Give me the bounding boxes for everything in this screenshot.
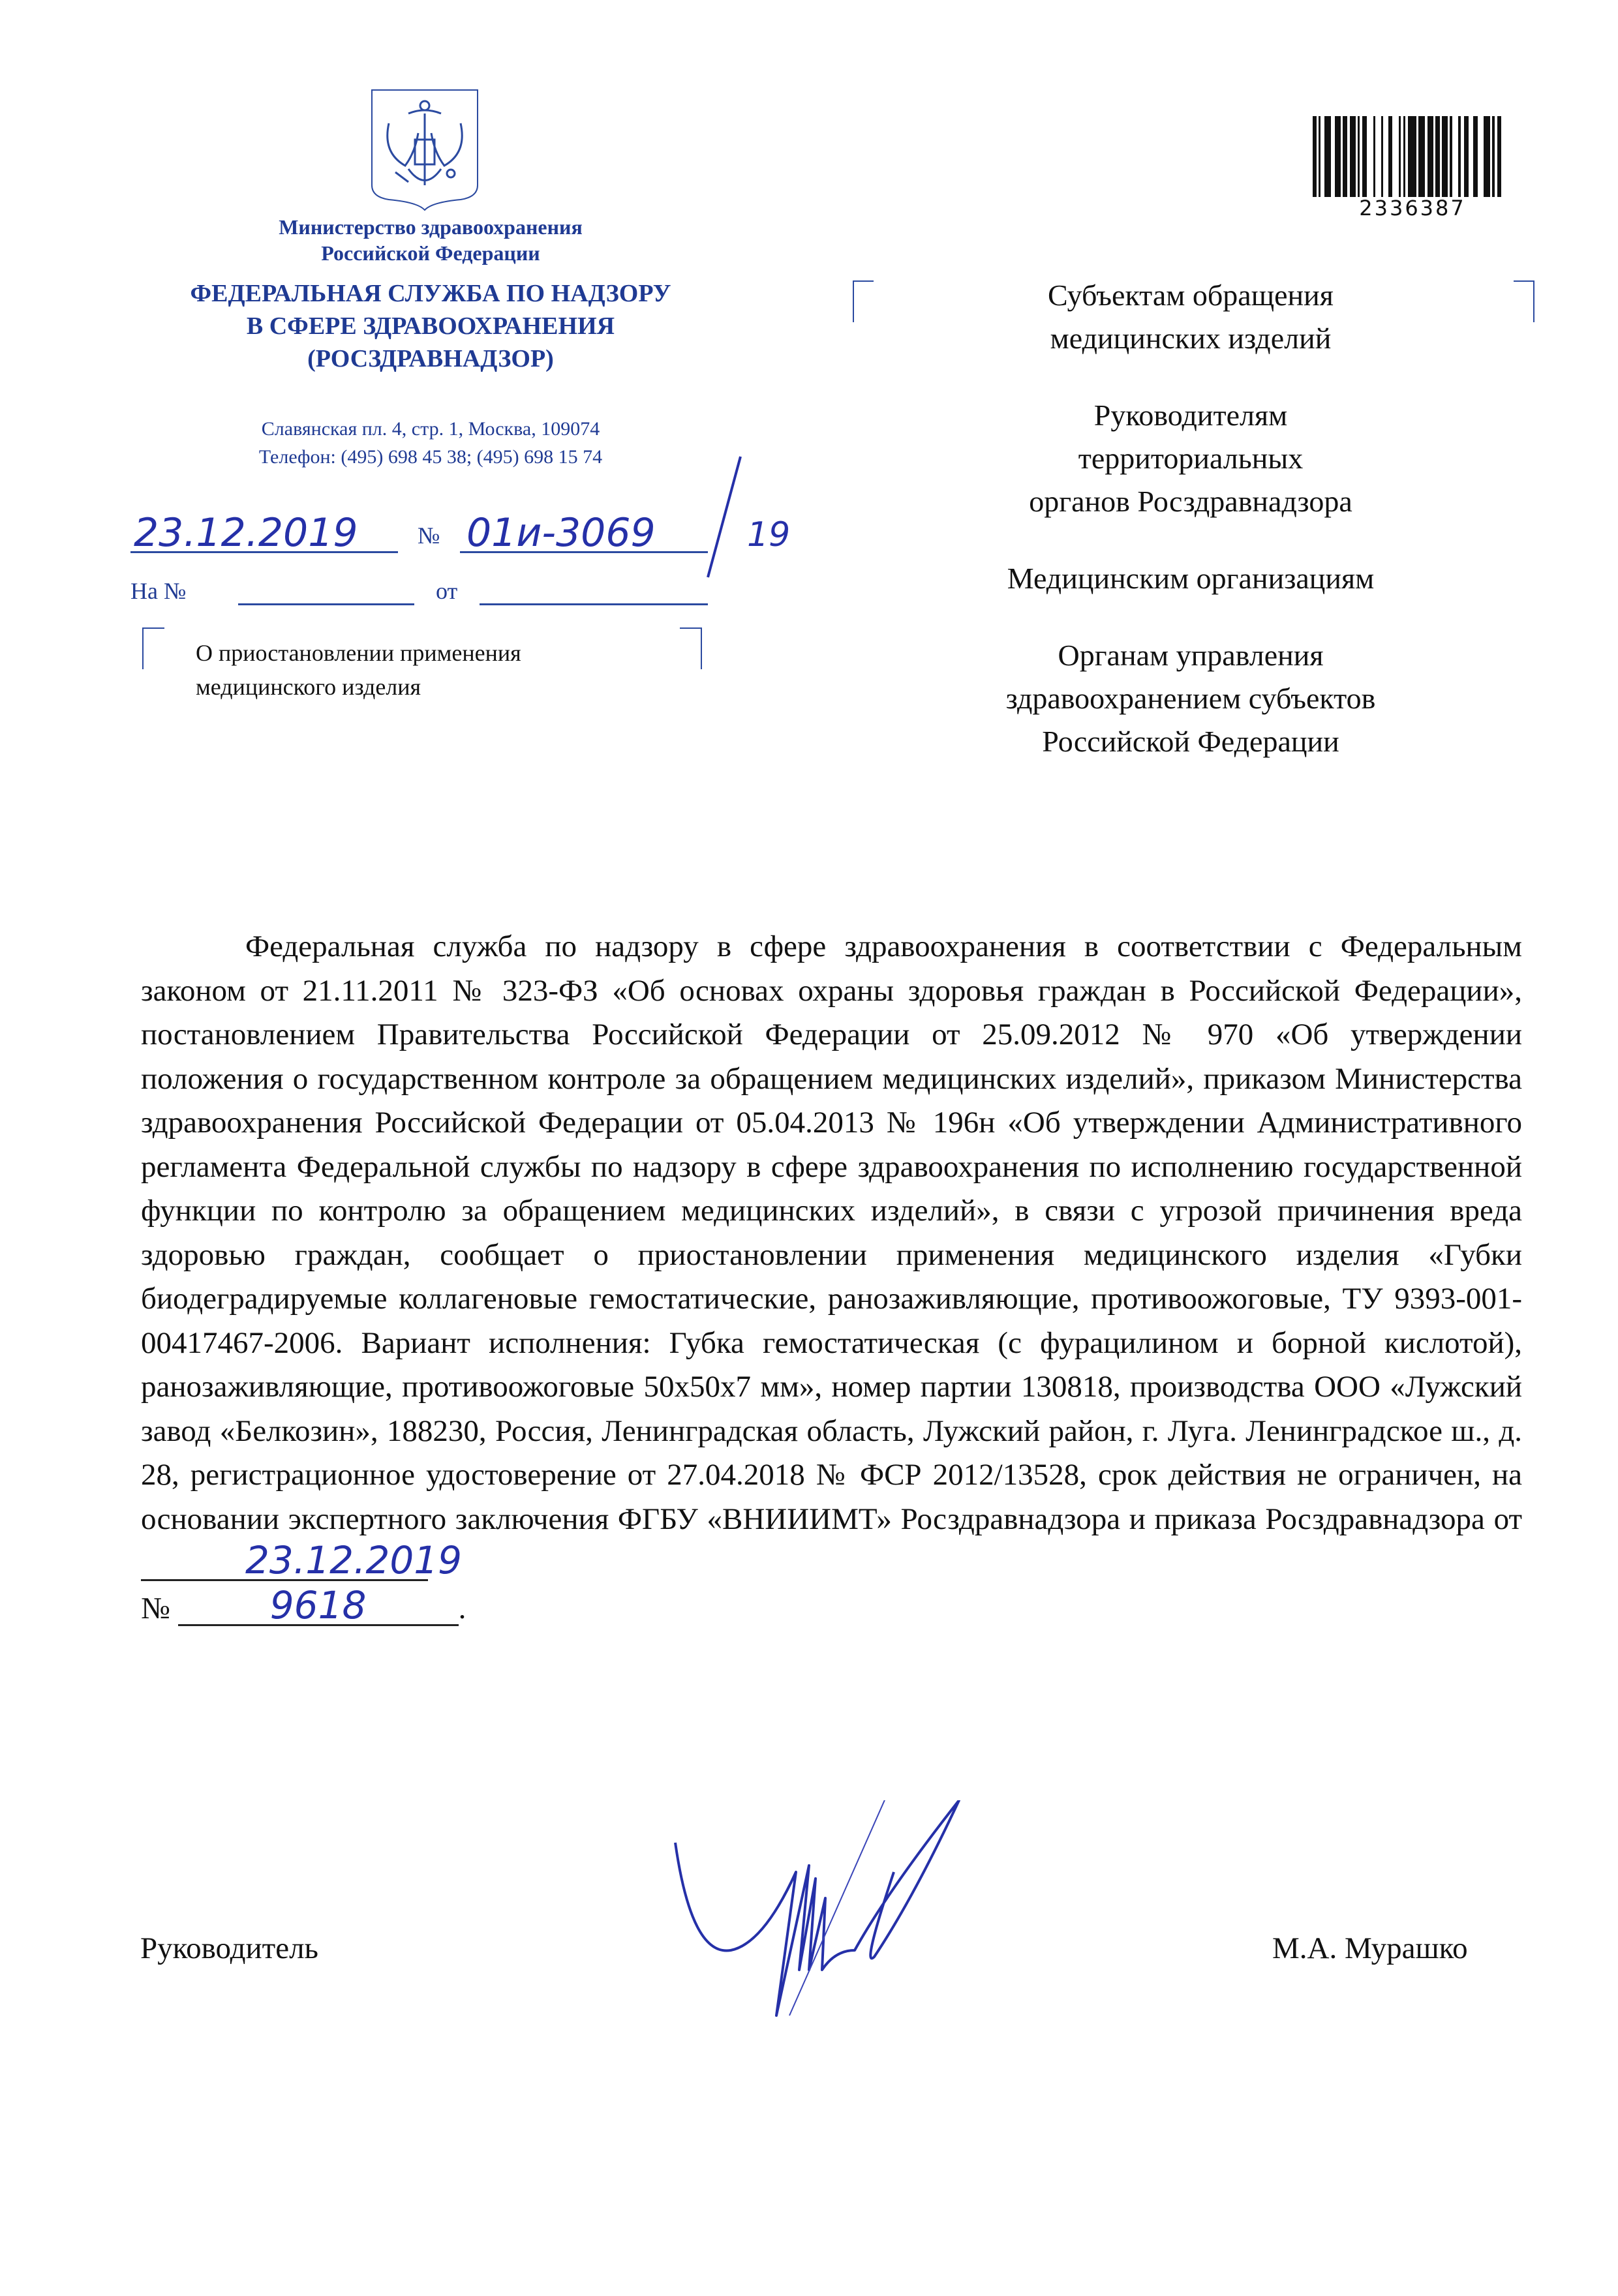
reply-from-label: от: [436, 577, 457, 605]
body-paragraph: Федеральная служба по надзору в сфере зд…: [141, 925, 1522, 1586]
signer-position: Руководитель: [140, 1931, 318, 1966]
number-underline: [460, 551, 708, 553]
registration-number: 01и-3069: [466, 510, 656, 556]
corner-mark: [1514, 280, 1534, 322]
slash-mark: [705, 453, 744, 584]
recipient-line: Медицинским организациям: [900, 557, 1481, 600]
end-punct: .: [459, 1592, 466, 1625]
corner-mark: [853, 280, 874, 322]
recipient-line: Руководителям: [900, 394, 1481, 437]
recipient-line: территориальных: [900, 437, 1481, 480]
service-line: (РОСЗДРАВНАДЗОР): [117, 342, 744, 375]
address: Славянская пл. 4, стр. 1, Москва, 109074: [157, 415, 705, 443]
recipient-line: Органам управления: [900, 634, 1481, 677]
order-date: 23.12.2019: [141, 1541, 428, 1581]
recipient-line: Российской Федерации: [900, 720, 1481, 763]
date-underline: [130, 551, 398, 553]
subject: О приостановлении применения медицинског…: [196, 636, 665, 704]
order-number: 9618: [178, 1586, 459, 1626]
service-name: ФЕДЕРАЛЬНАЯ СЛУЖБА ПО НАДЗОРУ В СФЕРЕ ЗД…: [117, 277, 744, 375]
ministry-line: Министерство здравоохранения: [176, 214, 685, 240]
recipient-line: органов Росздравнадзора: [900, 480, 1481, 523]
registration-date: 23.12.2019: [134, 510, 358, 556]
contact-info: Славянская пл. 4, стр. 1, Москва, 109074…: [157, 415, 705, 471]
subject-line: О приостановлении применения: [196, 636, 665, 670]
phone: Телефон: (495) 698 45 38; (495) 698 15 7…: [157, 443, 705, 471]
service-line: ФЕДЕРАЛЬНАЯ СЛУЖБА ПО НАДЗОРУ: [117, 277, 744, 310]
order-number-label: №: [141, 1592, 170, 1625]
recipient-group: Медицинским организациям: [900, 557, 1481, 600]
barcode-number: 2336387: [1331, 196, 1494, 220]
corner-mark: [680, 627, 702, 669]
recipient-line: Субъектам обращения: [900, 274, 1481, 317]
service-line: В СФЕРЕ ЗДРАВООХРАНЕНИЯ: [117, 310, 744, 342]
reply-date-field: [480, 603, 708, 605]
recipient-group: Субъектам обращения медицинских изделий: [900, 274, 1481, 360]
signer-name: М.А. Мурашко: [1272, 1931, 1468, 1966]
registration-year-suffix: 19: [747, 515, 790, 554]
recipient-group: Органам управления здравоохранением субъ…: [900, 634, 1481, 763]
corner-mark: [142, 627, 164, 669]
order-number-row: № 9618.: [141, 1586, 1522, 1631]
ministry-line: Российской Федерации: [176, 240, 685, 266]
reply-number-field: [238, 603, 414, 605]
coat-of-arms-icon: [369, 87, 480, 211]
recipient-group: Руководителям территориальных органов Ро…: [900, 394, 1481, 523]
number-sign: №: [418, 522, 440, 549]
recipients: Субъектам обращения медицинских изделий …: [900, 274, 1481, 797]
body-text: Федеральная служба по надзору в сфере зд…: [141, 929, 1522, 1536]
signature: [652, 1800, 1044, 2061]
ministry-name: Министерство здравоохранения Российской …: [176, 214, 685, 266]
subject-line: медицинского изделия: [196, 670, 665, 704]
recipient-line: здравоохранением субъектов: [900, 677, 1481, 720]
recipient-line: медицинских изделий: [900, 317, 1481, 360]
letter-body: Федеральная служба по надзору в сфере зд…: [141, 925, 1522, 1631]
barcode: [1311, 116, 1507, 197]
reply-label: На №: [130, 577, 186, 605]
